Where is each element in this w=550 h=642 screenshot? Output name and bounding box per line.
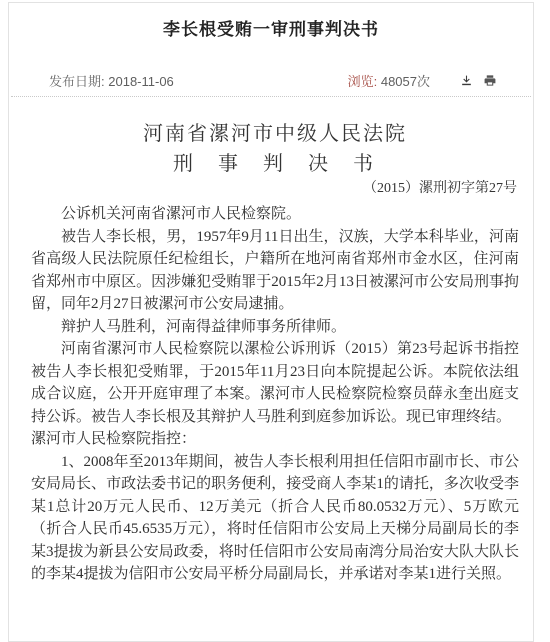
- page-title: 李长根受贿一审刑事判决书: [9, 3, 533, 41]
- document-paragraph: 1、2008年至2013年期间，被告人李长根利用担任信阳市副市长、市公安局局长、…: [31, 451, 519, 572]
- document-paragraph: 漯河市人民检察院指控：: [31, 428, 519, 451]
- document-type-title: 刑 事 判 决 书: [31, 151, 519, 177]
- download-icon[interactable]: [460, 74, 473, 87]
- meta-bar: 发布日期: 2018-11-06 浏览: 48057次: [9, 71, 533, 89]
- view-count: 浏览: 48057次: [348, 71, 430, 90]
- court-name: 河南省漯河市中级人民法院: [31, 121, 519, 147]
- document-paragraph: 辩护人马胜利，河南得益律师事务所律师。: [31, 316, 519, 339]
- publish-date-value: 2018-11-06: [108, 74, 174, 89]
- document-actions: [460, 74, 497, 87]
- publish-date: 发布日期: 2018-11-06: [49, 71, 174, 90]
- publish-date-label: 发布日期:: [49, 74, 105, 89]
- document-paragraph: 河南省漯河市人民检察院以漯检公诉刑诉（2015）第23号起诉书指控被告人李长根犯…: [31, 338, 519, 428]
- view-count-value: 48057次: [381, 74, 430, 89]
- document-paragraph: 公诉机关河南省漯河市人民检察院。: [31, 203, 519, 226]
- view-count-label: 浏览:: [348, 74, 378, 89]
- content-panel: 李长根受贿一审刑事判决书 发布日期: 2018-11-06 浏览: 48057次: [8, 2, 534, 571]
- document-body: 公诉机关河南省漯河市人民检察院。被告人李长根，男，1957年9月11日出生，汉族…: [31, 203, 519, 571]
- case-number: （2015）漯刑初字第27号: [31, 179, 519, 199]
- document-paragraph: 被告人李长根，男，1957年9月11日出生，汉族，大学本科毕业，河南省高级人民法…: [31, 226, 519, 316]
- judgment-document: 河南省漯河市中级人民法院 刑 事 判 决 书 （2015）漯刑初字第27号 公诉…: [9, 121, 533, 571]
- dotted-separator: [11, 96, 531, 97]
- printer-icon[interactable]: [483, 74, 497, 87]
